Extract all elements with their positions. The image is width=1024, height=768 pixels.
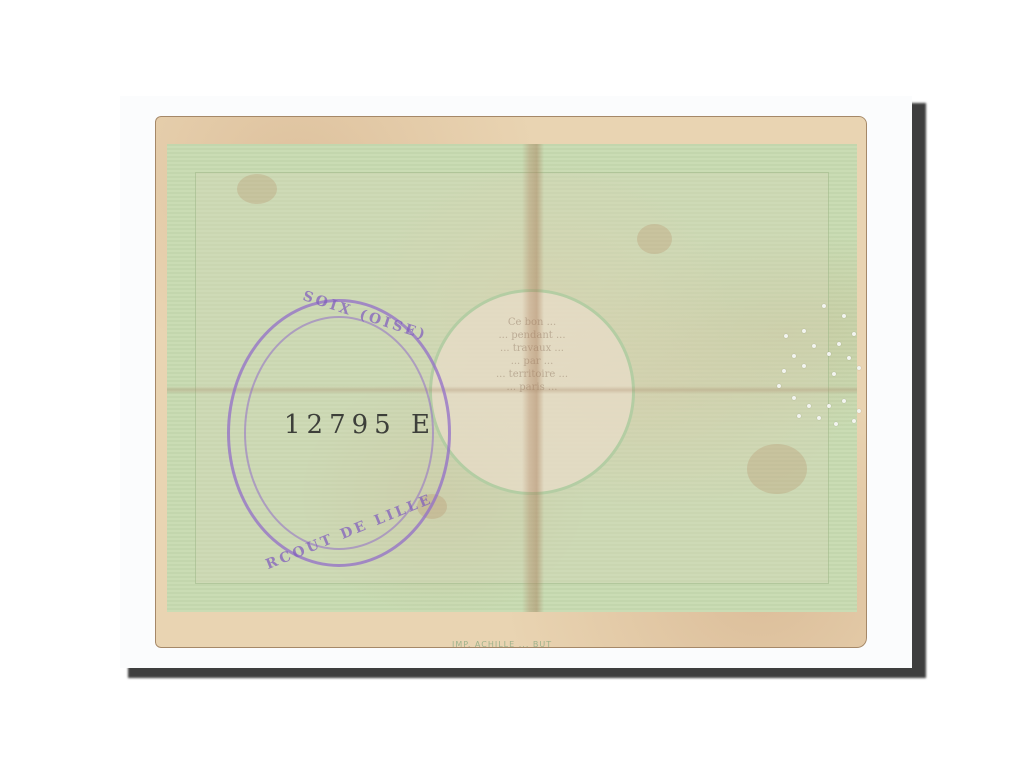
- perforation-hole: [842, 314, 846, 318]
- perforation-hole: [797, 414, 801, 418]
- perforation-hole: [784, 334, 788, 338]
- perforation-hole: [834, 422, 838, 426]
- perforation-hole: [792, 396, 796, 400]
- perforation-hole: [857, 366, 861, 370]
- perforation-hole: [782, 369, 786, 373]
- perforation-hole: [777, 384, 781, 388]
- perforation-hole: [827, 352, 831, 356]
- perforation-hole: [852, 419, 856, 423]
- perforation-hole: [842, 399, 846, 403]
- perforation-hole: [852, 332, 856, 336]
- green-print-area: Ce bon ... ... pendant ... ... travaux .…: [167, 144, 857, 612]
- perforation-hole: [817, 416, 821, 420]
- perforation-hole: [802, 364, 806, 368]
- perforation-hole: [827, 404, 831, 408]
- perforation-hole: [837, 342, 841, 346]
- perforation-hole: [812, 344, 816, 348]
- perforation-hole: [857, 409, 861, 413]
- perforation-pattern: [772, 304, 862, 424]
- vertical-fold: [522, 144, 544, 612]
- banknote: Ce bon ... ... pendant ... ... travaux .…: [155, 116, 867, 648]
- serial-number: 12795 E: [284, 410, 436, 440]
- perforation-hole: [847, 356, 851, 360]
- perforation-hole: [807, 404, 811, 408]
- printer-imprint: IMP. ACHILLE ... BUT: [452, 640, 552, 649]
- stain: [637, 224, 672, 254]
- perforation-hole: [792, 354, 796, 358]
- stain: [237, 174, 277, 204]
- perforation-hole: [832, 372, 836, 376]
- stain: [747, 444, 807, 494]
- perforation-hole: [822, 304, 826, 308]
- perforation-hole: [802, 329, 806, 333]
